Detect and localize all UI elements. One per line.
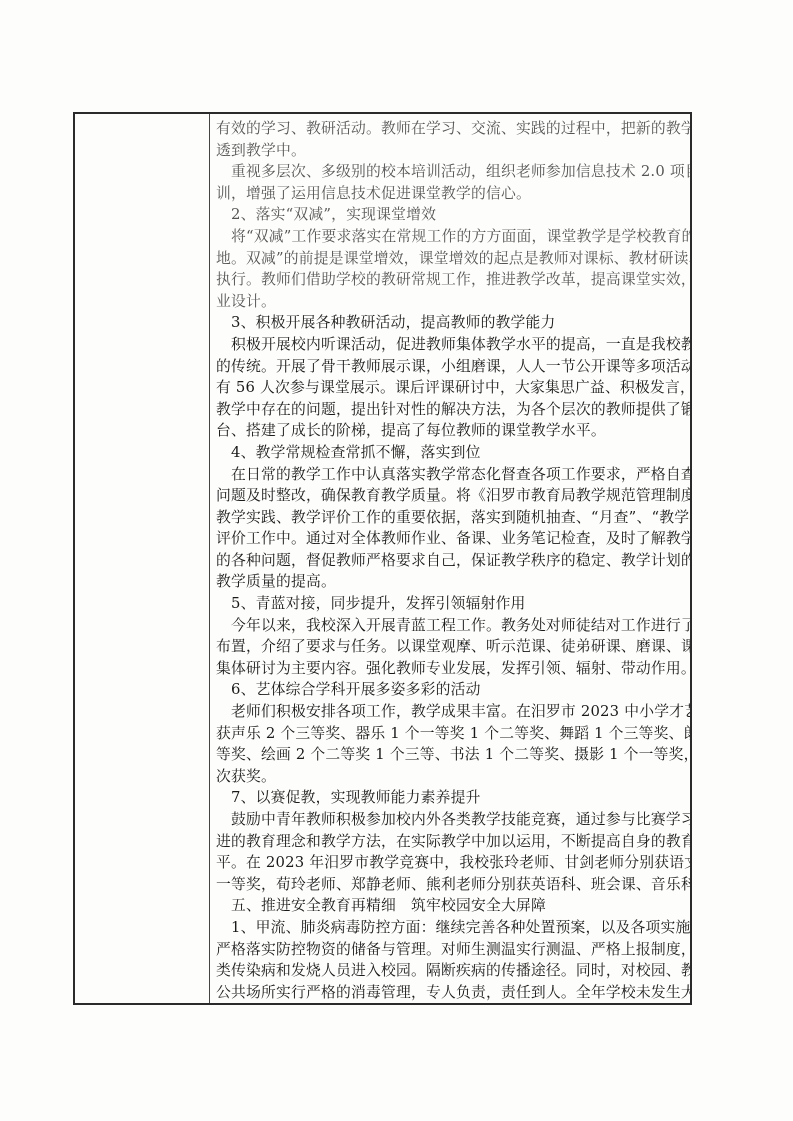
text-line: 问题及时整改，确保教育教学质量。将《汨罗市教育局教学规范管理制度》作为	[216, 485, 686, 507]
text-line: 评价工作中。通过对全体教师作业、备课、业务笔记检查，及时了解教学工作中	[216, 528, 686, 550]
text-line: 积极开展校内听课活动，促进教师集体教学水平的提高，一直是我校教研工作	[216, 334, 686, 356]
text-line: 老师们积极安排各项工作，教学成果丰富。在汨罗市 2023 中小学才艺大赛中，	[216, 701, 686, 723]
text-line: 3、积极开展各种教研活动，提高教师的教学能力	[216, 312, 686, 334]
text-line: 平。在 2023 年汨罗市教学竞赛中，我校张玲老师、甘剑老师分别获语文、数学科	[216, 852, 686, 874]
text-line: 类传染病和发烧人员进入校园。隔断疾病的传播途径。同时，对校园、教室、和	[216, 960, 686, 982]
text-line: 集体研讨为主要内容。强化教师专业发展，发挥引领、辐射、带动作用。	[216, 658, 686, 680]
text-line: 公共场所实行严格的消毒管理，专人负责，责任到人。全年学校未发生大范围的	[216, 982, 686, 1003]
text-line: 训，增强了运用信息技术促进课堂教学的信心。	[216, 183, 686, 205]
text-line: 获声乐 2 个三等奖、器乐 1 个一等奖 1 个二等奖、舞蹈 1 个三等奖、朗诵…	[216, 723, 686, 745]
table-label-column	[75, 114, 210, 1003]
text-line: 执行。教师们借助学校的教研常规工作，推进教学改革，提高课堂实效，优化作	[216, 269, 686, 291]
report-table: 有效的学习、教研活动。教师在学习、交流、实践的过程中，把新的教学理念渗透到教学中…	[73, 112, 692, 1005]
text-line: 布置，介绍了要求与任务。以课堂观摩、听示范课、徒弟研课、磨课、课堂展示、	[216, 636, 686, 658]
text-line: 台、搭建了成长的阶梯，提高了每位教师的课堂教学水平。	[216, 420, 686, 442]
text-line: 1、甲流、肺炎病毒防控方面：继续完善各种处置预案，以及各项实施细则，	[216, 917, 686, 939]
text-line: 有效的学习、教研活动。教师在学习、交流、实践的过程中，把新的教学理念渗	[216, 118, 686, 140]
text-line: 地。双减”的前提是课堂增效，课堂增效的起点是教师对课标、教材研读、把握、	[216, 248, 686, 270]
text-line: 在日常的教学工作中认真落实教学常态化督查各项工作要求，严格自查，发现	[216, 464, 686, 486]
text-line: 进的教育理念和教学方法，在实际教学中加以运用，不断提高自身的教育教学水	[216, 831, 686, 853]
text-line: 次获奖。	[216, 766, 686, 788]
text-line: 的各种问题，督促教师严格要求自己，保证教学秩序的稳定、教学计划的完成和	[216, 550, 686, 572]
text-line: 重视多层次、多级别的校本培训活动，组织老师参加信息技术 2.0 项目能力培	[216, 161, 686, 183]
table-content-column: 有效的学习、教研活动。教师在学习、交流、实践的过程中，把新的教学理念渗透到教学中…	[210, 114, 690, 1003]
text-line: 透到教学中。	[216, 140, 686, 162]
text-line: 4、教学常规检查常抓不懈，落实到位	[216, 442, 686, 464]
text-line: 2、落实“双减”，实现课堂增效	[216, 204, 686, 226]
text-line: 教学实践、教学评价工作的重要依据，落实到随机抽查、“月查”、“教学视导”等	[216, 507, 686, 529]
text-line: 教学中存在的问题，提出针对性的解决方法，为各个层次的教师提供了锻炼的舞	[216, 399, 686, 421]
text-line: 5、青蓝对接，同步提升，发挥引领辐射作用	[216, 593, 686, 615]
text-line: 鼓励中青年教师积极参加校内外各类教学技能竞赛，通过参与比赛学习更多先	[216, 809, 686, 831]
text-line: 将“双减”工作要求落实在常规工作的方方面面，课堂教学是学校教育的主阵	[216, 226, 686, 248]
text-line: 五、推进安全教育再精细 筑牢校园安全大屏障	[216, 895, 686, 917]
text-line: 今年以来，我校深入开展青蓝工程工作。教务处对师徒结对工作进行了安排与	[216, 615, 686, 637]
text-line: 教学质量的提高。	[216, 571, 686, 593]
text-line: 严格落实防控物资的储备与管理。对师生测温实行测温、严格上报制度，严防各	[216, 939, 686, 961]
text-line: 6、艺体综合学科开展多姿多彩的活动	[216, 679, 686, 701]
text-line: 的传统。开展了骨干教师展示课，小组磨课，人人一节公开课等多项活动，全年	[216, 356, 686, 378]
text-line: 有 56 人次参与课堂展示。课后评课研讨中，大家集思广益、积极发言，共同探讨	[216, 377, 686, 399]
text-line: 一等奖，荀玲老师、郑静老师、熊利老师分别获英语科、班会课、音乐科二等奖。	[216, 874, 686, 896]
text-line: 等奖、绘画 2 个二等奖 1 个三等、书法 1 个二等奖、摄影 1 个一等奖，共…	[216, 744, 686, 766]
text-line: 7、以赛促教，实现教师能力素养提升	[216, 787, 686, 809]
text-line: 业设计。	[216, 291, 686, 313]
